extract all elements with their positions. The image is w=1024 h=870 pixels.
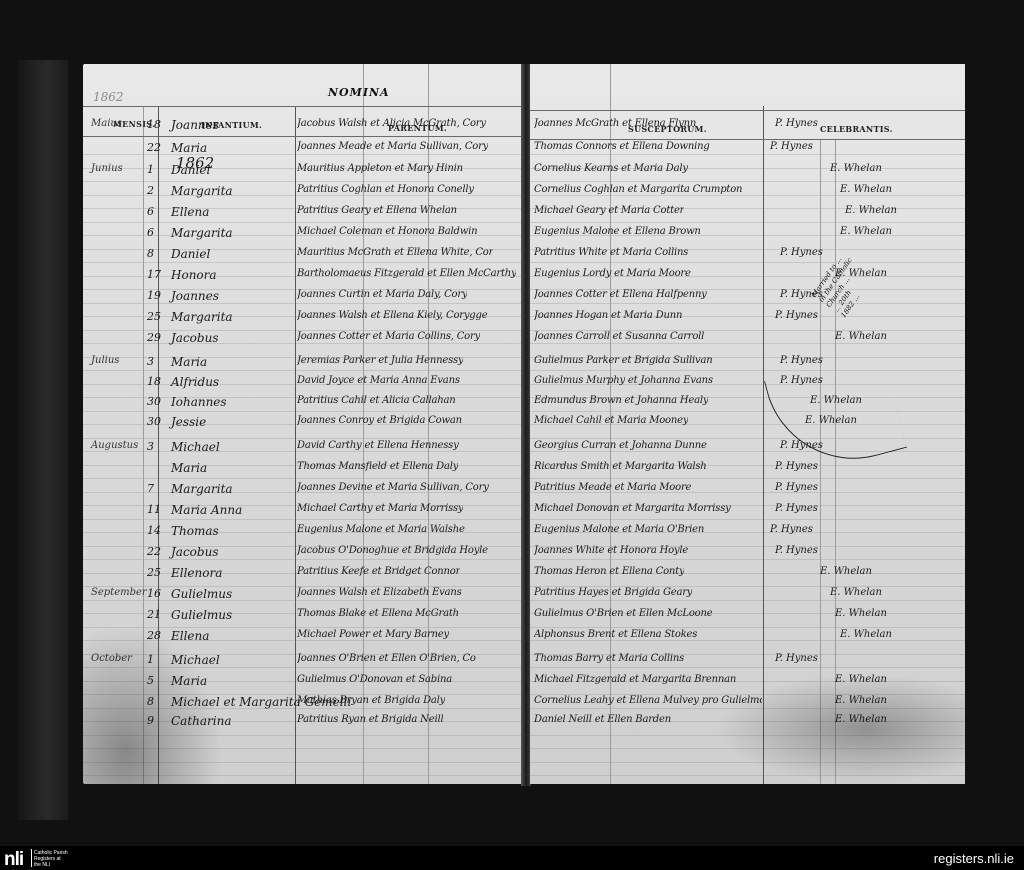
entry-infant-name: Margarita	[171, 184, 233, 198]
entry-sponsors: Gulielmus O'Brien et Ellen McLoone	[534, 608, 712, 619]
entry-celebrant: E. Whelan	[835, 608, 887, 619]
entry-month: Augustus	[91, 440, 138, 451]
entry-day: 19	[147, 289, 161, 302]
entry-sponsors: Gulielmus Parker et Brigida Sullivan	[534, 355, 712, 366]
entry-day: 28	[147, 629, 161, 642]
entry-infant-name: Michael	[171, 653, 220, 667]
entry-infant-name: Catharina	[171, 714, 232, 728]
left-page: 1862 NOMINA MENSIS. INFANTIUM. PARENTUM.…	[83, 64, 523, 784]
entry-sponsors: Thomas Barry et Maria Collins	[534, 653, 684, 664]
entry-parents: Bartholomaeus Fitzgerald et Ellen McCart…	[297, 268, 516, 279]
entry-infant-name: Gulielmus	[171, 587, 232, 601]
ruled-line	[83, 262, 523, 263]
entry-celebrant: P. Hynes	[780, 247, 823, 258]
entry-sponsors: Joannes Hogan et Maria Dunn	[534, 310, 682, 321]
footer-bar: nli Catholic Parish Registers at the NLI…	[0, 846, 1024, 870]
ruled-line	[83, 478, 523, 479]
ruled-line	[83, 735, 523, 736]
ruled-line	[530, 411, 965, 412]
column-divider	[158, 106, 159, 784]
entry-sponsors: Thomas Connors et Ellena Downing	[534, 141, 710, 152]
entry-parents: Joannes Meade et Maria Sullivan, Cory	[297, 141, 488, 152]
ruled-line	[530, 735, 965, 736]
column-divider	[835, 139, 836, 784]
entry-infant-name: Ellena	[171, 629, 209, 643]
entry-parents: Gulielmus O'Donovan et Sabina	[297, 674, 452, 685]
entry-parents: Joannes Conroy et Brigida Cowan	[297, 415, 462, 426]
ruled-line	[530, 748, 965, 749]
entry-day: 5	[147, 674, 154, 687]
entry-celebrant: E. Whelan	[840, 184, 892, 195]
entry-day: 22	[147, 545, 161, 558]
entry-parents: Jacobus Walsh et Alicia McGrath, Cory	[297, 118, 486, 129]
entry-sponsors: Cornelius Kearns et Maria Daly	[534, 163, 688, 174]
entry-sponsors: Eugenius Malone et Ellena Brown	[534, 226, 701, 237]
ruled-line	[530, 559, 965, 560]
entry-infant-name: Margarita	[171, 310, 233, 324]
entry-parents: David Joyce et Maria Anna Evans	[297, 375, 460, 386]
entry-infant-name: Thomas	[171, 524, 219, 538]
entry-parents: Thomas Mansfield et Ellena Daly	[297, 461, 458, 472]
entry-day: 2	[147, 184, 154, 197]
entry-sponsors: Michael Geary et Maria Cotter	[534, 205, 684, 216]
entry-infant-name: Maria	[171, 141, 207, 155]
ruled-line	[530, 478, 965, 479]
ruled-line	[83, 627, 523, 628]
ruled-line	[530, 708, 965, 709]
ruled-line	[530, 222, 965, 223]
entry-celebrant: E. Whelan	[835, 331, 887, 342]
entry-sponsors: Georgius Curran et Johanna Dunne	[534, 440, 707, 451]
entry-parents: Mathias Bryan et Brigida Daly	[297, 695, 445, 706]
entry-celebrant: E. Whelan	[840, 226, 892, 237]
entry-parents: Patritius Keefe et Bridget Connor	[297, 566, 460, 577]
entry-day: 1	[147, 653, 154, 666]
ruled-line	[83, 303, 523, 304]
entry-sponsors: Patritius Meade et Maria Moore	[534, 482, 691, 493]
entry-celebrant: E. Whelan	[840, 629, 892, 640]
entry-infant-name: Michael	[171, 440, 220, 454]
ruled-line	[530, 262, 965, 263]
entry-sponsors: Joannes Cotter et Ellena Halfpenny	[534, 289, 707, 300]
ruled-line	[530, 519, 965, 520]
entry-parents: Joannes Curtin et Maria Daly, Cory	[297, 289, 467, 300]
entry-infant-name: Jacobus	[171, 331, 218, 345]
entry-sponsors: Thomas Heron et Ellena Conty	[534, 566, 684, 577]
ruled-line	[83, 775, 523, 776]
entry-infant-name: Maria	[171, 674, 207, 688]
entry-sponsors: Alphonsus Brent et Ellena Stokes	[534, 629, 697, 640]
entry-month: October	[91, 653, 132, 664]
ruled-line	[83, 667, 523, 668]
header-rule-top	[530, 110, 965, 111]
entry-infant-name: Daniel	[171, 247, 210, 261]
entry-day: 30	[147, 395, 161, 408]
entry-infant-name: Margarita	[171, 482, 233, 496]
ruled-line	[530, 775, 965, 776]
entry-sponsors: Cornelius Coghlan et Margarita Crumpton	[534, 184, 742, 195]
entry-parents: Patritius Geary et Ellena Whelan	[297, 205, 457, 216]
ruled-line	[530, 667, 965, 668]
ruled-line	[83, 559, 523, 560]
entry-day: 21	[147, 608, 161, 621]
entry-month: Julius	[91, 355, 119, 366]
entry-infant-name: Maria	[171, 355, 207, 369]
entry-infant-name: Maria	[171, 461, 207, 475]
entry-infant-name: Jacobus	[171, 545, 218, 559]
entry-celebrant: P. Hynes	[775, 545, 818, 556]
entry-infant-name: Maria Anna	[171, 503, 242, 517]
entry-parents: Joannes Walsh et Elizabeth Evans	[297, 587, 462, 598]
entry-celebrant: E. Whelan	[830, 163, 882, 174]
entry-celebrant: E. Whelan	[835, 695, 887, 706]
entry-day: 30	[147, 415, 161, 428]
header-rule-bottom	[530, 139, 965, 140]
entry-day: 3	[147, 440, 154, 453]
ruled-line	[530, 640, 965, 641]
entry-parents: Joannes O'Brien et Ellen O'Brien, Co	[297, 653, 476, 664]
ruled-line	[83, 519, 523, 520]
entry-day: 18	[147, 375, 161, 388]
entry-infant-name: Ellenora	[171, 566, 222, 580]
ruled-line	[530, 343, 965, 344]
entry-sponsors: Daniel Neill et Ellen Barden	[534, 714, 671, 725]
ruled-line	[530, 600, 965, 601]
entry-parents: Mauritius McGrath et Ellena White, Cor	[297, 247, 493, 258]
entry-sponsors: Edmundus Brown et Johanna Healy	[534, 395, 708, 406]
entry-day: 6	[147, 205, 154, 218]
entry-infant-name: Jessie	[171, 415, 206, 429]
entry-day: 9	[147, 714, 154, 727]
entry-sponsors: Joannes McGrath et Ellena Flynn	[534, 118, 696, 129]
register-book: 1862 NOMINA MENSIS. INFANTIUM. PARENTUM.…	[75, 64, 975, 786]
ruled-line	[530, 451, 965, 452]
site-link[interactable]: registers.nli.ie	[934, 851, 1014, 866]
entry-parents: Jeremias Parker et Julia Hennessy	[297, 355, 463, 366]
entry-sponsors: Cornelius Leahy et Ellena Mulvey pro Gul…	[534, 695, 762, 706]
entry-parents: Patritius Coghlan et Honora Conelly	[297, 184, 474, 195]
entry-day: 17	[147, 268, 161, 281]
column-divider	[820, 139, 821, 784]
entry-day: 29	[147, 331, 161, 344]
entry-parents: Joannes Devine et Maria Sullivan, Cory	[297, 482, 489, 493]
entry-parents: Joannes Walsh et Ellena Kiely, Corygge	[297, 310, 487, 321]
entry-celebrant: P. Hynes	[775, 118, 818, 129]
entry-infant-name: Honora	[171, 268, 217, 282]
entry-parents: Michael Carthy et Maria Morrissy	[297, 503, 463, 514]
ruled-line	[530, 303, 965, 304]
entry-parents: Jacobus O'Donoghue et Bridgida Hoyle	[297, 545, 488, 556]
header-rule-top	[83, 106, 523, 107]
entry-parents: Mauritius Appleton et Mary Hinin	[297, 163, 463, 174]
entry-infant-name: Alfridus	[171, 375, 219, 389]
entry-day: 11	[147, 503, 161, 516]
entry-parents: Michael Power et Mary Barney	[297, 629, 449, 640]
ruled-line	[530, 627, 965, 628]
entry-day: 3	[147, 355, 154, 368]
entry-celebrant: E. Whelan	[845, 205, 897, 216]
entry-celebrant: P. Hynes	[775, 503, 818, 514]
ruled-line	[83, 762, 523, 763]
ruled-line	[83, 438, 523, 439]
entry-parents: Thomas Blake et Ellena McGrath	[297, 608, 459, 619]
entry-infant-name: Iohannes	[171, 395, 227, 409]
entry-celebrant: E. Whelan	[820, 566, 872, 577]
ruled-line	[83, 748, 523, 749]
entry-infant-name: Joannes	[171, 118, 219, 132]
entry-infant-name: Daniel	[171, 163, 210, 177]
entry-sponsors: Patritius Hayes et Brigida Geary	[534, 587, 692, 598]
ruled-line	[83, 411, 523, 412]
ruled-line	[530, 762, 965, 763]
entry-infant-name: Ellena	[171, 205, 209, 219]
entry-month: Junius	[91, 163, 123, 174]
logo-separator	[31, 849, 32, 867]
entry-day: 25	[147, 566, 161, 579]
entry-celebrant: P. Hynes	[775, 653, 818, 664]
ruled-line	[530, 370, 965, 371]
book-edge	[18, 60, 68, 820]
entry-celebrant: P. Hynes	[775, 461, 818, 472]
entry-day: 6	[147, 226, 154, 239]
ruled-line	[83, 181, 523, 182]
entry-parents: Eugenius Malone et Maria Walshe	[297, 524, 465, 535]
entry-sponsors: Joannes White et Honora Hoyle	[534, 545, 688, 556]
ruled-line	[83, 154, 523, 155]
header-rule-bottom	[83, 136, 523, 137]
entry-sponsors: Eugenius Lordy et Maria Moore	[534, 268, 691, 279]
entry-sponsors: Gulielmus Murphy et Johanna Evans	[534, 375, 713, 386]
entry-celebrant: E. Whelan	[830, 587, 882, 598]
ruled-line	[83, 222, 523, 223]
entry-sponsors: Michael Cahil et Maria Mooney	[534, 415, 688, 426]
entry-celebrant: P. Hynes	[775, 310, 818, 321]
ruled-line	[83, 370, 523, 371]
header-celebrantis: CELEBRANTIS.	[820, 124, 893, 134]
entry-parents: Joannes Cotter et Maria Collins, Cory	[297, 331, 480, 342]
entry-infant-name: Joannes	[171, 289, 219, 303]
nli-logo[interactable]: nli	[4, 849, 23, 870]
entry-day: 8	[147, 247, 154, 260]
column-divider	[143, 106, 144, 784]
entry-celebrant: P. Hynes	[770, 524, 813, 535]
entry-celebrant: E. Whelan	[835, 714, 887, 725]
entry-month: September	[91, 587, 147, 598]
entry-celebrant: P. Hynes	[770, 141, 813, 152]
column-divider	[295, 106, 296, 784]
entry-month: Maius	[91, 118, 122, 129]
entry-parents: David Carthy et Ellena Hennessy	[297, 440, 459, 451]
ruled-line	[530, 154, 965, 155]
page-title: NOMINA	[328, 86, 390, 99]
entry-parents: Patritius Cahil et Alicia Callahan	[297, 395, 456, 406]
entry-celebrant: P. Hynes	[775, 482, 818, 493]
entry-celebrant: P. Hynes	[780, 355, 823, 366]
scan-frame: 1862 NOMINA MENSIS. INFANTIUM. PARENTUM.…	[0, 0, 1024, 846]
entry-day: 8	[147, 695, 154, 708]
entry-infant-name: Gulielmus	[171, 608, 232, 622]
entry-parents: Michael Coleman et Honora Baldwin	[297, 226, 477, 237]
ruled-line	[530, 181, 965, 182]
entry-sponsors: Michael Fitzgerald et Margarita Brennan	[534, 674, 736, 685]
entry-day: 16	[147, 587, 161, 600]
entry-sponsors: Eugenius Malone et Maria O'Brien	[534, 524, 704, 535]
entry-day: 14	[147, 524, 161, 537]
entry-day: 7	[147, 482, 154, 495]
entry-celebrant: E. Whelan	[835, 674, 887, 685]
entry-day: 25	[147, 310, 161, 323]
entry-infant-name: Margarita	[171, 226, 233, 240]
entry-sponsors: Ricardus Smith et Margarita Walsh	[534, 461, 707, 472]
entry-sponsors: Michael Donovan et Margarita Morrissy	[534, 503, 731, 514]
logo-caption: Catholic Parish Registers at the NLI	[34, 850, 68, 868]
entry-parents: Patritius Ryan et Brigida Neill	[297, 714, 443, 725]
column-divider	[763, 106, 764, 784]
entry-day: 1	[147, 163, 154, 176]
year-corner: 1862	[93, 90, 124, 104]
entry-sponsors: Patritius White et Maria Collins	[534, 247, 688, 258]
entry-sponsors: Joannes Carroll et Susanna Carroll	[534, 331, 704, 342]
entry-day: 18	[147, 118, 161, 131]
entry-day: 22	[147, 141, 161, 154]
